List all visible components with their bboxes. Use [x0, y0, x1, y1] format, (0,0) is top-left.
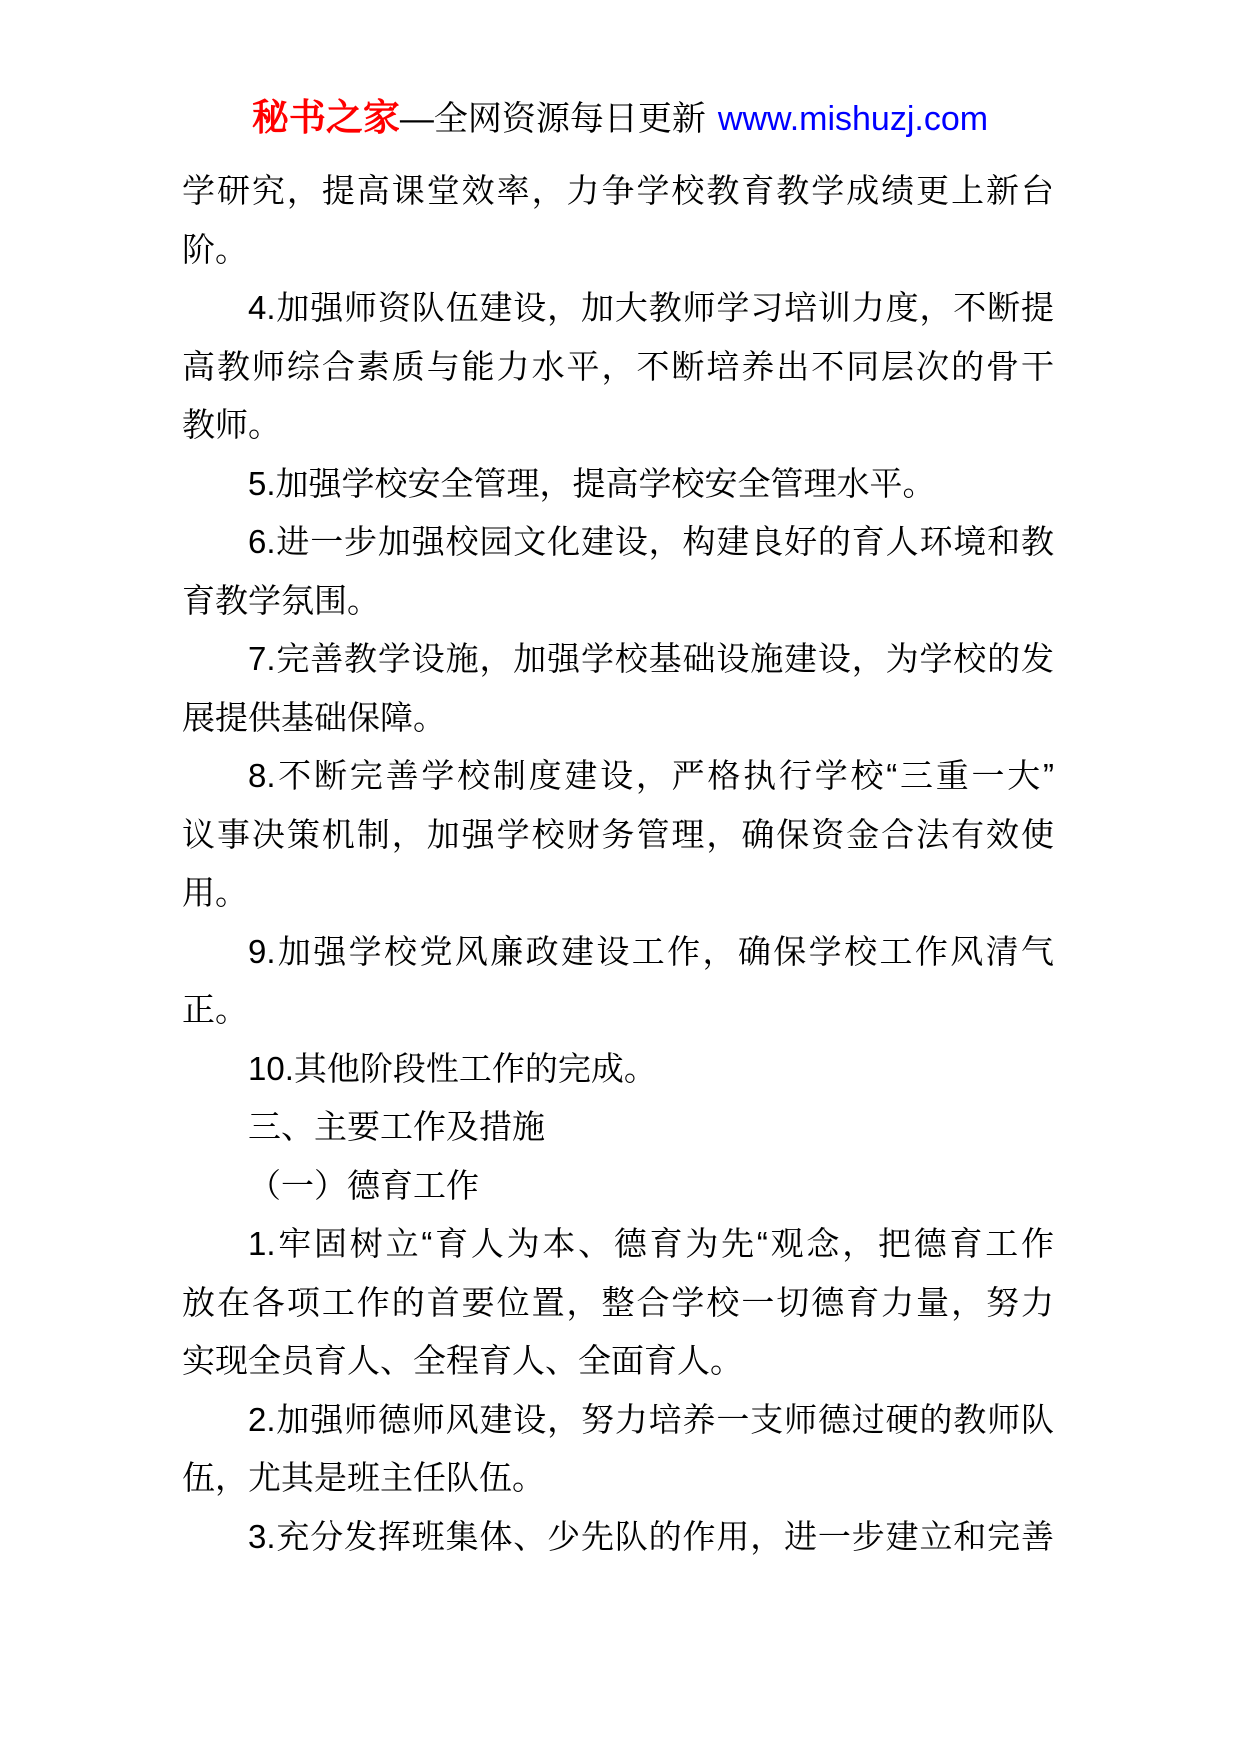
page-header: 秘书之家—全网资源每日更新www.mishuzj.com — [0, 92, 1240, 145]
site-brand: 秘书之家 — [252, 97, 400, 138]
text-line: 2.加强师德师风建设，努力培养一支师德过硬的教师队 — [182, 1391, 1054, 1450]
text-line: 展提供基础保障。 — [182, 689, 1054, 748]
text-line: 伍，尤其是班主任队伍。 — [182, 1449, 1054, 1508]
text-line: 6.进一步加强校园文化建设，构建良好的育人环境和教 — [182, 513, 1054, 572]
text-line: 1.牢固树立“育人为本、德育为先“观念，把德育工作 — [182, 1215, 1054, 1274]
text-line: 用。 — [182, 864, 1054, 923]
text-line: 5.加强学校安全管理，提高学校安全管理水平。 — [182, 455, 1054, 514]
text-line: 9.加强学校党风廉政建设工作，确保学校工作风清气 — [182, 923, 1054, 982]
text-line: 阶。 — [182, 221, 1054, 280]
text-line: 议事决策机制，加强学校财务管理，确保资金合法有效使 — [182, 806, 1054, 865]
text-line: 放在各项工作的首要位置，整合学校一切德育力量，努力 — [182, 1274, 1054, 1333]
dash-separator: — — [400, 100, 434, 138]
text-line: 正。 — [182, 981, 1054, 1040]
text-line: 3.充分发挥班集体、少先队的作用，进一步建立和完善 — [182, 1508, 1054, 1567]
text-line: 育教学氛围。 — [182, 572, 1054, 631]
site-tagline: 全网资源每日更新 — [434, 100, 706, 138]
text-line: 教师。 — [182, 396, 1054, 455]
text-line: 三、主要工作及措施 — [182, 1098, 1054, 1157]
text-line: 8.不断完善学校制度建设，严格执行学校“三重一大” — [182, 747, 1054, 806]
text-line: 4.加强师资队伍建设，加大教师学习培训力度，不断提 — [182, 279, 1054, 338]
site-url-link[interactable]: www.mishuzj.com — [718, 100, 988, 138]
text-line: 学研究，提高课堂效率，力争学校教育教学成绩更上新台 — [182, 162, 1054, 221]
text-line: （一）德育工作 — [182, 1157, 1054, 1216]
text-line: 实现全员育人、全程育人、全面育人。 — [182, 1332, 1054, 1391]
text-line: 10.其他阶段性工作的完成。 — [182, 1040, 1054, 1099]
document-body: 学研究，提高课堂效率，力争学校教育教学成绩更上新台 阶。 4.加强师资队伍建设，… — [182, 162, 1054, 1566]
text-line: 高教师综合素质与能力水平，不断培养出不同层次的骨干 — [182, 338, 1054, 397]
document-page: 秘书之家—全网资源每日更新www.mishuzj.com 学研究，提高课堂效率，… — [0, 0, 1240, 1754]
text-line: 7.完善教学设施，加强学校基础设施建设，为学校的发 — [182, 630, 1054, 689]
